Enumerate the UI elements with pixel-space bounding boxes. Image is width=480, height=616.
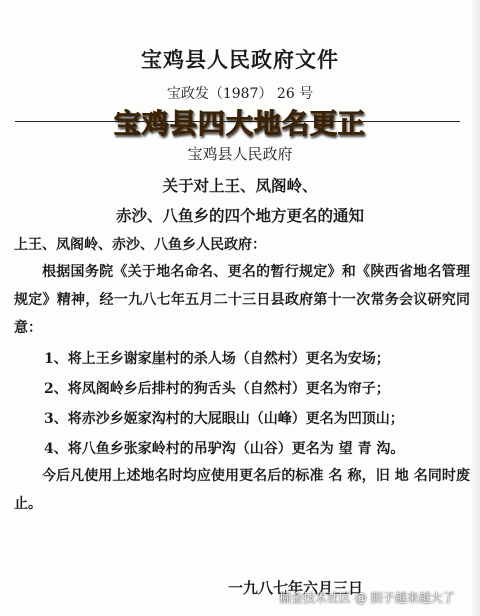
subject-line-1: 关于对上王、凤阁岭、 <box>0 174 480 196</box>
rename-item: 3、将赤沙乡姬家沟村的大屁眼山（山峰）更名为凹顶山； <box>44 408 404 428</box>
subject-line-2: 赤沙、八鱼乡的四个地方更名的通知 <box>0 204 480 226</box>
document-header-title: 宝鸡县人民政府文件 <box>0 44 480 74</box>
closing-paragraph: 今后凡使用上述地名时均应使用更名后的标准 名 称，旧 地 名同时废止。 <box>14 462 470 518</box>
overlay-caption-title: 宝鸡县四大地名更正 <box>0 102 480 141</box>
rename-item: 2、将凤阁岭乡后排村的狗舌头（自然村）更名为帘子； <box>44 378 390 398</box>
watermark: 掘金技术社区 @ 胆子越来越大了 <box>279 589 455 606</box>
addressee: 上王、凤阁岭、赤沙、八鱼乡人民政府： <box>14 234 266 254</box>
rename-item: 4、将八鱼乡张家岭村的吊驴沟（山谷）更名为 望 青 沟。 <box>44 438 404 458</box>
rename-item: 1、将上王乡谢家崖村的杀人场（自然村）更名为安场； <box>44 348 390 368</box>
body-intro-paragraph: 根据国务院《关于地名命名、更名的暂行规定》和《陕西省地名管理规定》精神，经一九八… <box>14 258 470 342</box>
issuer-name: 宝鸡县人民政府 <box>0 143 480 164</box>
document-number: 宝政发（1987） 26 号 <box>0 83 480 103</box>
